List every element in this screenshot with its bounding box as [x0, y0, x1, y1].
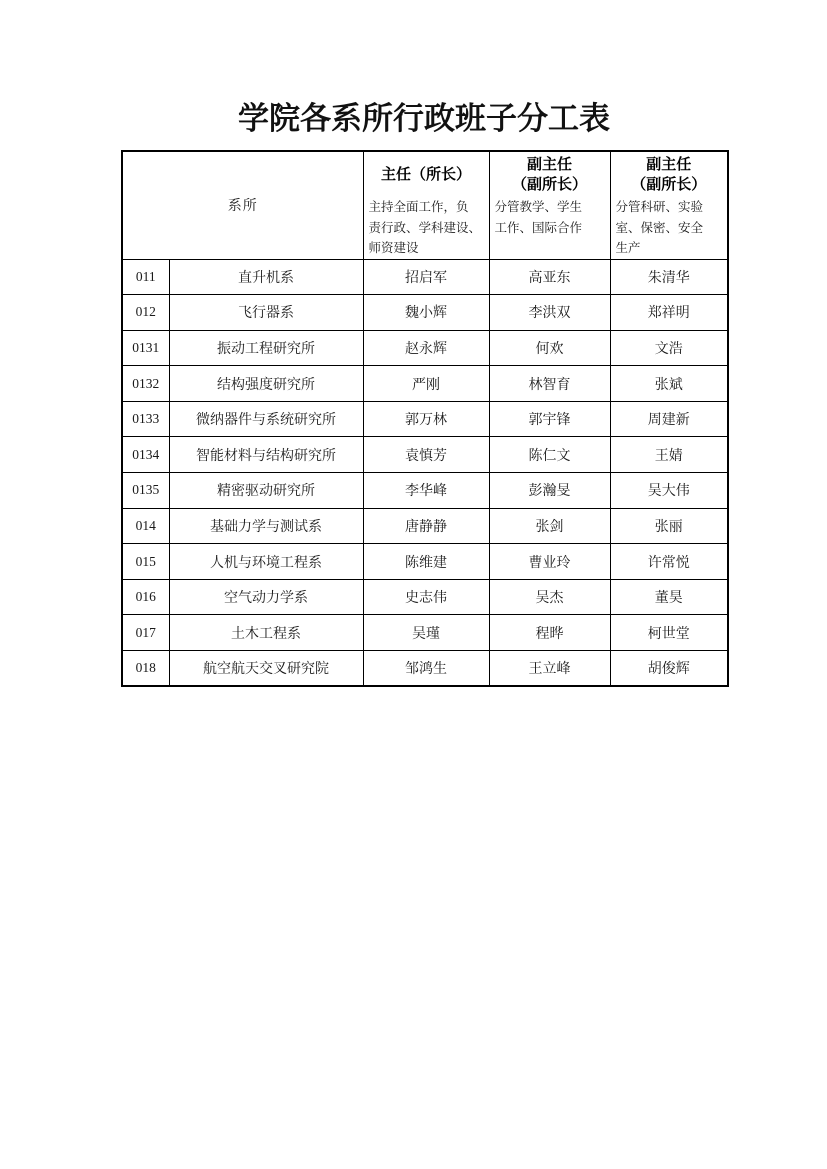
- cell-deputy-teaching: 林智育: [489, 366, 610, 402]
- header-director: 主任（所长） 主持全面工作，负 责行政、学科建设、 师资建设: [363, 151, 489, 259]
- cell-dept: 航空航天交叉研究院: [169, 651, 363, 687]
- cell-dept: 基础力学与测试系: [169, 508, 363, 544]
- cell-deputy-research: 文浩: [610, 330, 728, 366]
- cell-dept: 空气动力学系: [169, 579, 363, 615]
- table-row: 0132 结构强度研究所 严刚 林智育 张斌: [122, 366, 728, 402]
- cell-director: 袁慎芳: [363, 437, 489, 473]
- cell-code: 0133: [122, 401, 169, 437]
- header-deputy-teaching-title: 副主任 （副所长）: [495, 155, 605, 195]
- cell-code: 0135: [122, 473, 169, 509]
- cell-deputy-teaching: 张剑: [489, 508, 610, 544]
- cell-deputy-research: 周建新: [610, 401, 728, 437]
- table-row: 018 航空航天交叉研究院 邹鸿生 王立峰 胡俊辉: [122, 651, 728, 687]
- cell-director: 史志伟: [363, 579, 489, 615]
- table-row: 0134 智能材料与结构研究所 袁慎芳 陈仁文 王婧: [122, 437, 728, 473]
- header-deputy-teaching-desc: 分管教学、学生 工作、国际合作: [495, 197, 605, 238]
- cell-director: 李华峰: [363, 473, 489, 509]
- cell-director: 唐静静: [363, 508, 489, 544]
- cell-director: 魏小辉: [363, 295, 489, 331]
- cell-dept: 精密驱动研究所: [169, 473, 363, 509]
- cell-dept: 飞行器系: [169, 295, 363, 331]
- cell-dept: 人机与环境工程系: [169, 544, 363, 580]
- document-page: 学院各系所行政班子分工表 系所 主任（所长） 主持全面工作，负 责行政、学科建设…: [0, 0, 827, 1169]
- cell-director: 陈维建: [363, 544, 489, 580]
- cell-deputy-teaching: 曹业玲: [489, 544, 610, 580]
- header-deputy-research: 副主任 （副所长） 分管科研、实验 室、保密、安全 生产: [610, 151, 728, 259]
- cell-director: 严刚: [363, 366, 489, 402]
- cell-dept: 振动工程研究所: [169, 330, 363, 366]
- table-row: 017 土木工程系 吴瑾 程晔 柯世堂: [122, 615, 728, 651]
- cell-deputy-research: 吴大伟: [610, 473, 728, 509]
- cell-dept: 微纳器件与系统研究所: [169, 401, 363, 437]
- cell-director: 招启军: [363, 259, 489, 295]
- table-row: 0135 精密驱动研究所 李华峰 彭瀚旻 吴大伟: [122, 473, 728, 509]
- cell-director: 郭万林: [363, 401, 489, 437]
- table-row: 0133 微纳器件与系统研究所 郭万林 郭宇锋 周建新: [122, 401, 728, 437]
- cell-deputy-teaching: 郭宇锋: [489, 401, 610, 437]
- cell-director: 邹鸿生: [363, 651, 489, 687]
- header-deputy-research-title: 副主任 （副所长）: [616, 155, 723, 195]
- cell-deputy-teaching: 彭瀚旻: [489, 473, 610, 509]
- cell-code: 016: [122, 579, 169, 615]
- header-dept: 系所: [122, 151, 363, 259]
- cell-deputy-research: 许常悦: [610, 544, 728, 580]
- cell-dept: 智能材料与结构研究所: [169, 437, 363, 473]
- table-row: 0131 振动工程研究所 赵永辉 何欢 文浩: [122, 330, 728, 366]
- assignment-table: 系所 主任（所长） 主持全面工作，负 责行政、学科建设、 师资建设 副主任 （副…: [121, 150, 729, 687]
- cell-deputy-teaching: 吴杰: [489, 579, 610, 615]
- cell-deputy-research: 张丽: [610, 508, 728, 544]
- table-row: 015 人机与环境工程系 陈维建 曹业玲 许常悦: [122, 544, 728, 580]
- cell-code: 0131: [122, 330, 169, 366]
- cell-deputy-research: 郑祥明: [610, 295, 728, 331]
- table-row: 012 飞行器系 魏小辉 李洪双 郑祥明: [122, 295, 728, 331]
- cell-deputy-teaching: 程晔: [489, 615, 610, 651]
- cell-director: 吴瑾: [363, 615, 489, 651]
- cell-deputy-teaching: 高亚东: [489, 259, 610, 295]
- cell-deputy-research: 张斌: [610, 366, 728, 402]
- cell-code: 018: [122, 651, 169, 687]
- header-director-title: 主任（所长）: [369, 155, 484, 195]
- table-header-row: 系所 主任（所长） 主持全面工作，负 责行政、学科建设、 师资建设 副主任 （副…: [122, 151, 728, 259]
- cell-deputy-teaching: 陈仁文: [489, 437, 610, 473]
- cell-deputy-research: 董昊: [610, 579, 728, 615]
- cell-deputy-teaching: 王立峰: [489, 651, 610, 687]
- cell-dept: 结构强度研究所: [169, 366, 363, 402]
- cell-dept: 直升机系: [169, 259, 363, 295]
- header-director-desc: 主持全面工作，负 责行政、学科建设、 师资建设: [369, 197, 484, 259]
- cell-deputy-teaching: 何欢: [489, 330, 610, 366]
- header-deputy-research-desc: 分管科研、实验 室、保密、安全 生产: [616, 197, 723, 259]
- cell-code: 012: [122, 295, 169, 331]
- table-row: 014 基础力学与测试系 唐静静 张剑 张丽: [122, 508, 728, 544]
- cell-code: 015: [122, 544, 169, 580]
- cell-code: 014: [122, 508, 169, 544]
- cell-deputy-research: 柯世堂: [610, 615, 728, 651]
- cell-deputy-research: 胡俊辉: [610, 651, 728, 687]
- page-title: 学院各系所行政班子分工表: [121, 99, 727, 139]
- table-row: 011 直升机系 招启军 高亚东 朱清华: [122, 259, 728, 295]
- cell-dept: 土木工程系: [169, 615, 363, 651]
- cell-code: 011: [122, 259, 169, 295]
- cell-code: 017: [122, 615, 169, 651]
- cell-deputy-research: 王婧: [610, 437, 728, 473]
- cell-code: 0132: [122, 366, 169, 402]
- table-row: 016 空气动力学系 史志伟 吴杰 董昊: [122, 579, 728, 615]
- cell-deputy-research: 朱清华: [610, 259, 728, 295]
- cell-director: 赵永辉: [363, 330, 489, 366]
- header-deputy-teaching: 副主任 （副所长） 分管教学、学生 工作、国际合作: [489, 151, 610, 259]
- cell-deputy-teaching: 李洪双: [489, 295, 610, 331]
- cell-code: 0134: [122, 437, 169, 473]
